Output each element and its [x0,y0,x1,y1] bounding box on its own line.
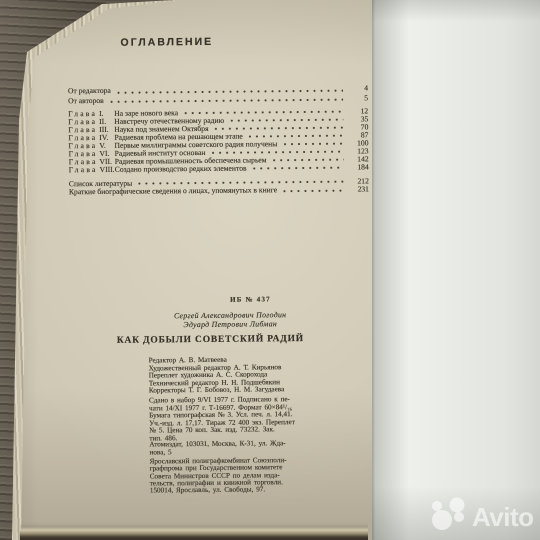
printer-line: 150014, Ярославль, ул. Свободы, 97. [150,486,358,495]
toc-heading: ОГЛАВЛЕНИЕ [120,36,213,49]
toc-entry-title: От редактора [68,86,111,95]
printer-block: Ярославский полиграфкомбинат Союзполи-гр… [150,456,358,494]
toc-back-matter: Список литературы 212 Краткие биографиче… [69,176,369,196]
publisher-block: Атомиздат, 103031, Москва, К-31, ул. Жда… [149,439,357,456]
chapter-label: ГлаваVIII. [69,165,115,174]
toc-page-number: 231 [347,185,369,194]
dot-leader [108,98,343,104]
toc-row: ГлаваVIII. Создано производство редких э… [69,163,369,174]
dot-leader [281,189,344,194]
toc-entry-title: Краткие биографические сведения о лицах,… [69,186,277,197]
print-info-block: Сдано в набор 9/VI 1977 г. Подписано к п… [149,395,357,442]
page-content: ОГЛАВЛЕНИЕ От редактора 4 От авторов 5 [0,0,540,540]
ib-number: ИБ № 437 [148,295,353,305]
toc-page-number: 4 [346,83,368,92]
book-photo: ОГЛАВЛЕНИЕ От редактора 4 От авторов 5 [0,0,540,540]
editor-line: Корректоры Т. Г. Бобовоз, Н. М. Загудаев… [149,386,357,396]
toc-row: От авторов 5 [68,93,368,105]
dot-leader [251,166,344,171]
avito-watermark-text: Avito [472,502,534,532]
authors-block: Сергей Александрович ПогодинЭдуард Петро… [85,309,375,330]
avito-logo-icon [432,498,465,531]
avito-watermark: Avito [428,496,538,536]
toc-page-number: 5 [346,93,368,102]
toc-page-number: 184 [347,163,369,172]
table-of-contents: От редактора 4 От авторов 5 ГлаваI. [68,83,369,196]
chapter-word: Глава [69,165,98,174]
toc-front-matter: От редактора 4 От авторов 5 [68,83,368,105]
toc-entry-title: От авторов [68,95,104,104]
chapter-numeral: VIII. [100,165,115,174]
book-title: КАК ДОБЫЛИ СОВЕТСКИЙ РАДИЙ [60,333,360,346]
toc-entry-title: Создано производство редких элементов [115,164,247,174]
toc-chapters: ГлаваI. На заре нового века 12 ГлаваII. … [68,106,369,174]
editors-block: Редактор А. В. МатвееваХудожественный ре… [149,355,357,395]
dot-leader [281,142,343,147]
toc-row: Краткие биографические сведения о лицах,… [69,185,369,196]
dot-leader [271,158,344,163]
author-name: Эдуард Петрович Либман [85,318,375,330]
